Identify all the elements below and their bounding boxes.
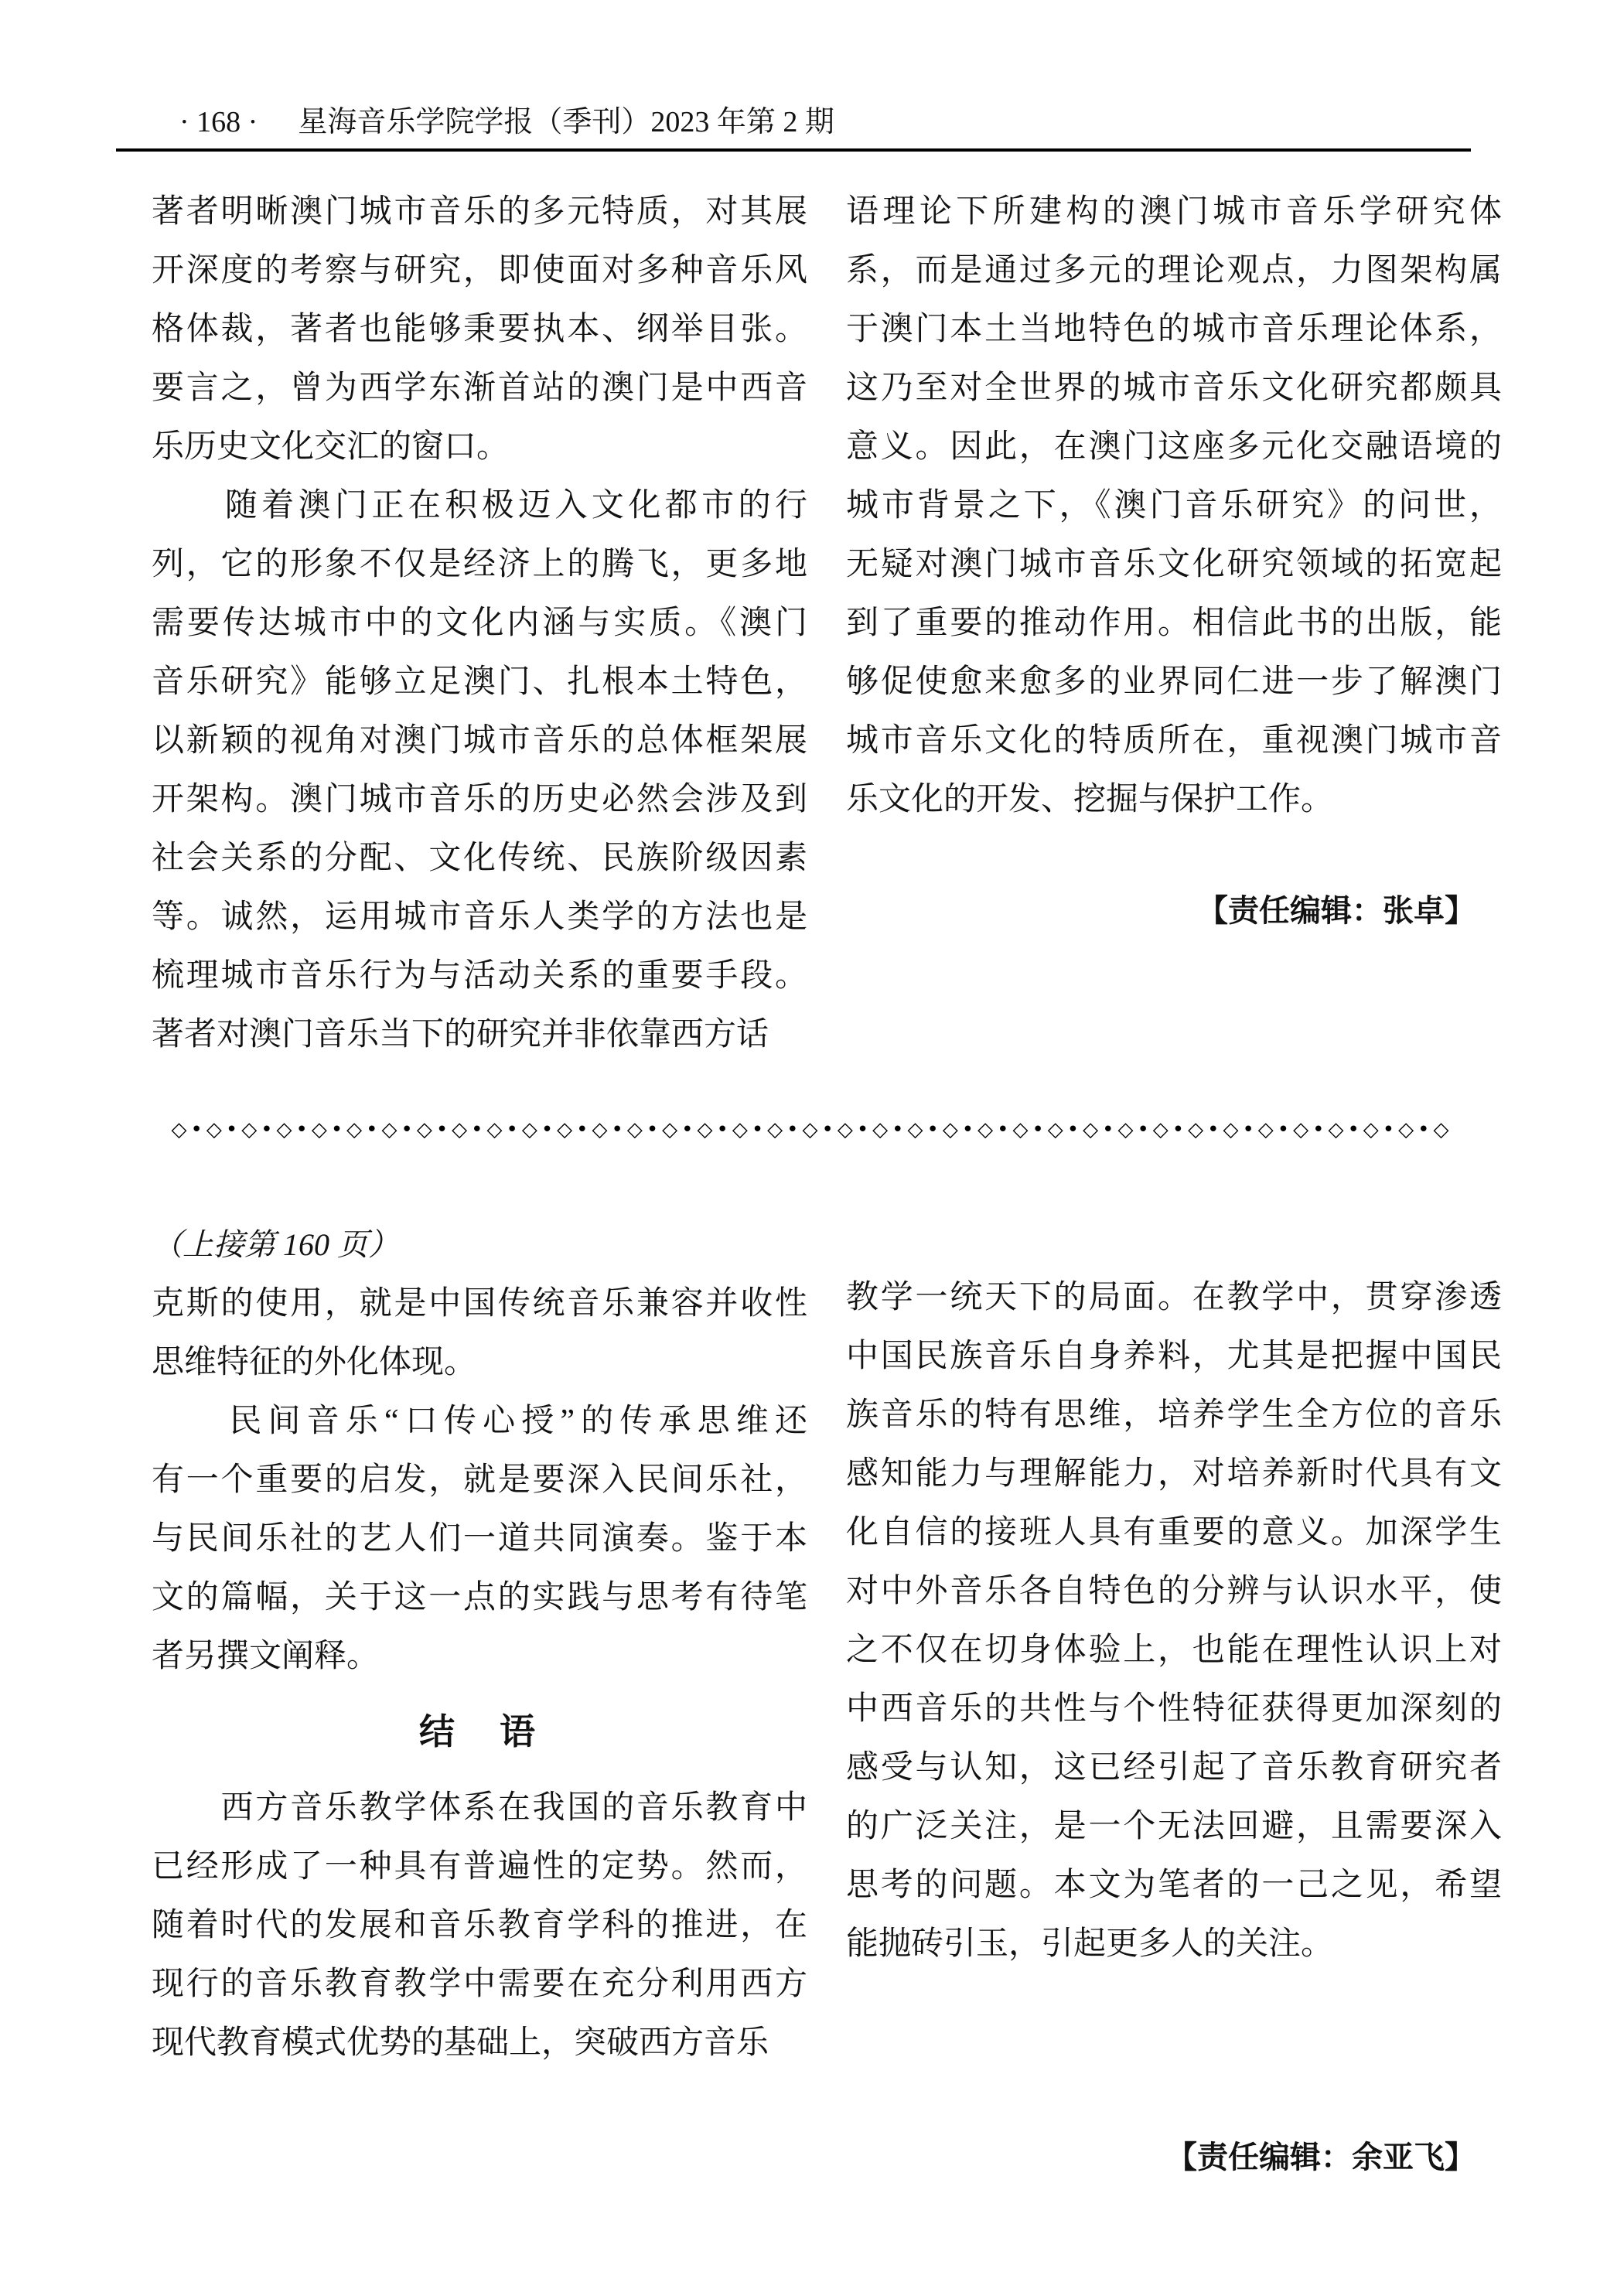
lower-left-before-heading: 克斯的使用，就是中国传统音乐兼容并收性思维特征的外化体现。 民间音乐“口传心授”… <box>152 1274 807 1686</box>
paragraph: 语理论下所建构的澳门城市音乐学研究体系，而是通过多元的理论观点，力图架构属于澳门… <box>846 182 1502 829</box>
text-line: 语理论下所建构的澳门城市音乐学研究体 <box>846 182 1502 241</box>
text-line: 开架构。澳门城市音乐的历史必然会涉及到 <box>152 770 807 829</box>
text-line: 乐历史文化交汇的窗口。 <box>152 418 807 476</box>
upper-right-column: 语理论下所建构的澳门城市音乐学研究体系，而是通过多元的理论观点，力图架构属于澳门… <box>846 182 1502 829</box>
text-line: 思考的问题。本文为笔者的一己之见，希望 <box>846 1856 1502 1915</box>
text-line: 能抛砖引玉，引起更多人的关注。 <box>846 1915 1502 1973</box>
text-line: 社会关系的分配、文化传统、民族阶级因素 <box>152 829 807 888</box>
text-line: 等。诚然，运用城市音乐人类学的方法也是 <box>152 888 807 947</box>
paragraph: 教学一统天下的局面。在教学中，贯穿渗透中国民族音乐自身养料，尤其是把握中国民族音… <box>846 1268 1502 1973</box>
text-line: 列，它的形象不仅是经济上的腾飞，更多地 <box>152 535 807 594</box>
paragraph: 著者明晰澳门城市音乐的多元特质，对其展开深度的考察与研究，即使面对多种音乐风格体… <box>152 182 807 476</box>
text-line: 这乃至对全世界的城市音乐文化研究都颇具 <box>846 359 1502 418</box>
text-line: 者另撰文阐释。 <box>152 1627 807 1686</box>
paragraph: 随着澳门正在积极迈入文化都市的行列，它的形象不仅是经济上的腾飞，更多地需要传达城… <box>152 476 807 1064</box>
editor-credit-2: 【责任编辑：余亚飞】 <box>846 2128 1502 2187</box>
text-line: 思维特征的外化体现。 <box>152 1333 807 1392</box>
text-line: 现行的音乐教育教学中需要在充分利用西方 <box>152 1955 807 2014</box>
lower-left-after-heading: 西方音乐教学体系在我国的音乐教育中已经形成了一种具有普遍性的定势。然而，随着时代… <box>152 1779 807 2072</box>
text-line: 文的篇幅，关于这一点的实践与思考有待笔 <box>152 1568 807 1627</box>
paragraph: 克斯的使用，就是中国传统音乐兼容并收性思维特征的外化体现。 <box>152 1274 807 1392</box>
text-line: 化自信的接班人具有重要的意义。加深学生 <box>846 1503 1502 1562</box>
section-heading-conclusion: 结 语 <box>152 1686 807 1779</box>
text-line: 著者明晰澳门城市音乐的多元特质，对其展 <box>152 182 807 241</box>
upper-left-column: 著者明晰澳门城市音乐的多元特质，对其展开深度的考察与研究，即使面对多种音乐风格体… <box>152 182 807 1064</box>
lower-left-column: （上接第 160 页） 克斯的使用，就是中国传统音乐兼容并收性思维特征的外化体现… <box>152 1216 807 2072</box>
text-line: 随着时代的发展和音乐教育学科的推进，在 <box>152 1896 807 1955</box>
text-line: 于澳门本土当地特色的城市音乐理论体系， <box>846 300 1502 359</box>
text-line: 音乐研究》能够立足澳门、扎根本土特色， <box>152 653 807 711</box>
page-number: · 168 · <box>179 102 258 142</box>
text-line: 之不仅在切身体验上，也能在理性认识上对 <box>846 1621 1502 1680</box>
journal-page: { "header": { "page_number": "· 168 ·", … <box>0 0 1624 2282</box>
text-line: 以新颖的视角对澳门城市音乐的总体框架展 <box>152 711 807 770</box>
text-line: 著者对澳门音乐当下的研究并非依靠西方话 <box>152 1005 807 1064</box>
paragraph: 西方音乐教学体系在我国的音乐教育中已经形成了一种具有普遍性的定势。然而，随着时代… <box>152 1779 807 2072</box>
text-line: 城市背景之下，《澳门音乐研究》的问世， <box>846 476 1502 535</box>
text-line: 格体裁，著者也能够秉要执本、纲举目张。 <box>152 300 807 359</box>
text-line: 系，而是通过多元的理论观点，力图架构属 <box>846 241 1502 300</box>
text-line: 城市音乐文化的特质所在，重视澳门城市音 <box>846 711 1502 770</box>
header-rule <box>116 148 1471 152</box>
text-line: 中国民族音乐自身养料，尤其是把握中国民 <box>846 1327 1502 1386</box>
text-line: 开深度的考察与研究，即使面对多种音乐风 <box>152 241 807 300</box>
journal-title: 星海音乐学院学报（季刊）2023 年第 2 期 <box>298 102 834 142</box>
text-line: 与民间乐社的艺人们一道共同演奏。鉴于本 <box>152 1509 807 1568</box>
text-line: 要言之，曾为西学东渐首站的澳门是中西音 <box>152 359 807 418</box>
text-line: 意义。因此，在澳门这座多元化交融语境的 <box>846 418 1502 476</box>
text-line: 到了重要的推动作用。相信此书的出版，能 <box>846 594 1502 653</box>
diamond-divider: ◇•◇•◇•◇•◇•◇•◇•◇•◇•◇•◇•◇•◇•◇•◇•◇•◇•◇•◇•◇•… <box>116 1110 1508 1149</box>
text-line: 教学一统天下的局面。在教学中，贯穿渗透 <box>846 1268 1502 1327</box>
paragraph: 民间音乐“口传心授”的传承思维还有一个重要的启发，就是要深入民间乐社，与民间乐社… <box>152 1392 807 1686</box>
text-line: 的广泛关注，是一个无法回避，且需要深入 <box>846 1797 1502 1856</box>
text-line: 已经形成了一种具有普遍性的定势。然而， <box>152 1837 807 1896</box>
editor-credit-1: 【责任编辑：张卓】 <box>846 882 1502 940</box>
text-line: 西方音乐教学体系在我国的音乐教育中 <box>152 1779 807 1837</box>
lower-right-column: 教学一统天下的局面。在教学中，贯穿渗透中国民族音乐自身养料，尤其是把握中国民族音… <box>846 1268 1502 1973</box>
text-line: 感知能力与理解能力，对培养新时代具有文 <box>846 1445 1502 1503</box>
text-line: 随着澳门正在积极迈入文化都市的行 <box>152 476 807 535</box>
text-line: 中西音乐的共性与个性特征获得更加深刻的 <box>846 1680 1502 1738</box>
text-line: 对中外音乐各自特色的分辨与认识水平，使 <box>846 1562 1502 1621</box>
text-line: 无疑对澳门城市音乐文化研究领域的拓宽起 <box>846 535 1502 594</box>
text-line: 族音乐的特有思维，培养学生全方位的音乐 <box>846 1386 1502 1445</box>
text-line: 感受与认知，这已经引起了音乐教育研究者 <box>846 1738 1502 1797</box>
text-line: 有一个重要的启发，就是要深入民间乐社， <box>152 1451 807 1509</box>
text-line: 民间音乐“口传心授”的传承思维还 <box>152 1392 807 1451</box>
text-line: 克斯的使用，就是中国传统音乐兼容并收性 <box>152 1274 807 1333</box>
page-header: · 168 · 星海音乐学院学报（季刊）2023 年第 2 期 <box>179 102 834 142</box>
text-line: 现代教育模式优势的基础上，突破西方音乐 <box>152 2014 807 2072</box>
continuation-note: （上接第 160 页） <box>152 1216 807 1274</box>
text-line: 够促使愈来愈多的业界同仁进一步了解澳门 <box>846 653 1502 711</box>
text-line: 乐文化的开发、挖掘与保护工作。 <box>846 770 1502 829</box>
text-line: 梳理城市音乐行为与活动关系的重要手段。 <box>152 947 807 1005</box>
text-line: 需要传达城市中的文化内涵与实质。《澳门 <box>152 594 807 653</box>
